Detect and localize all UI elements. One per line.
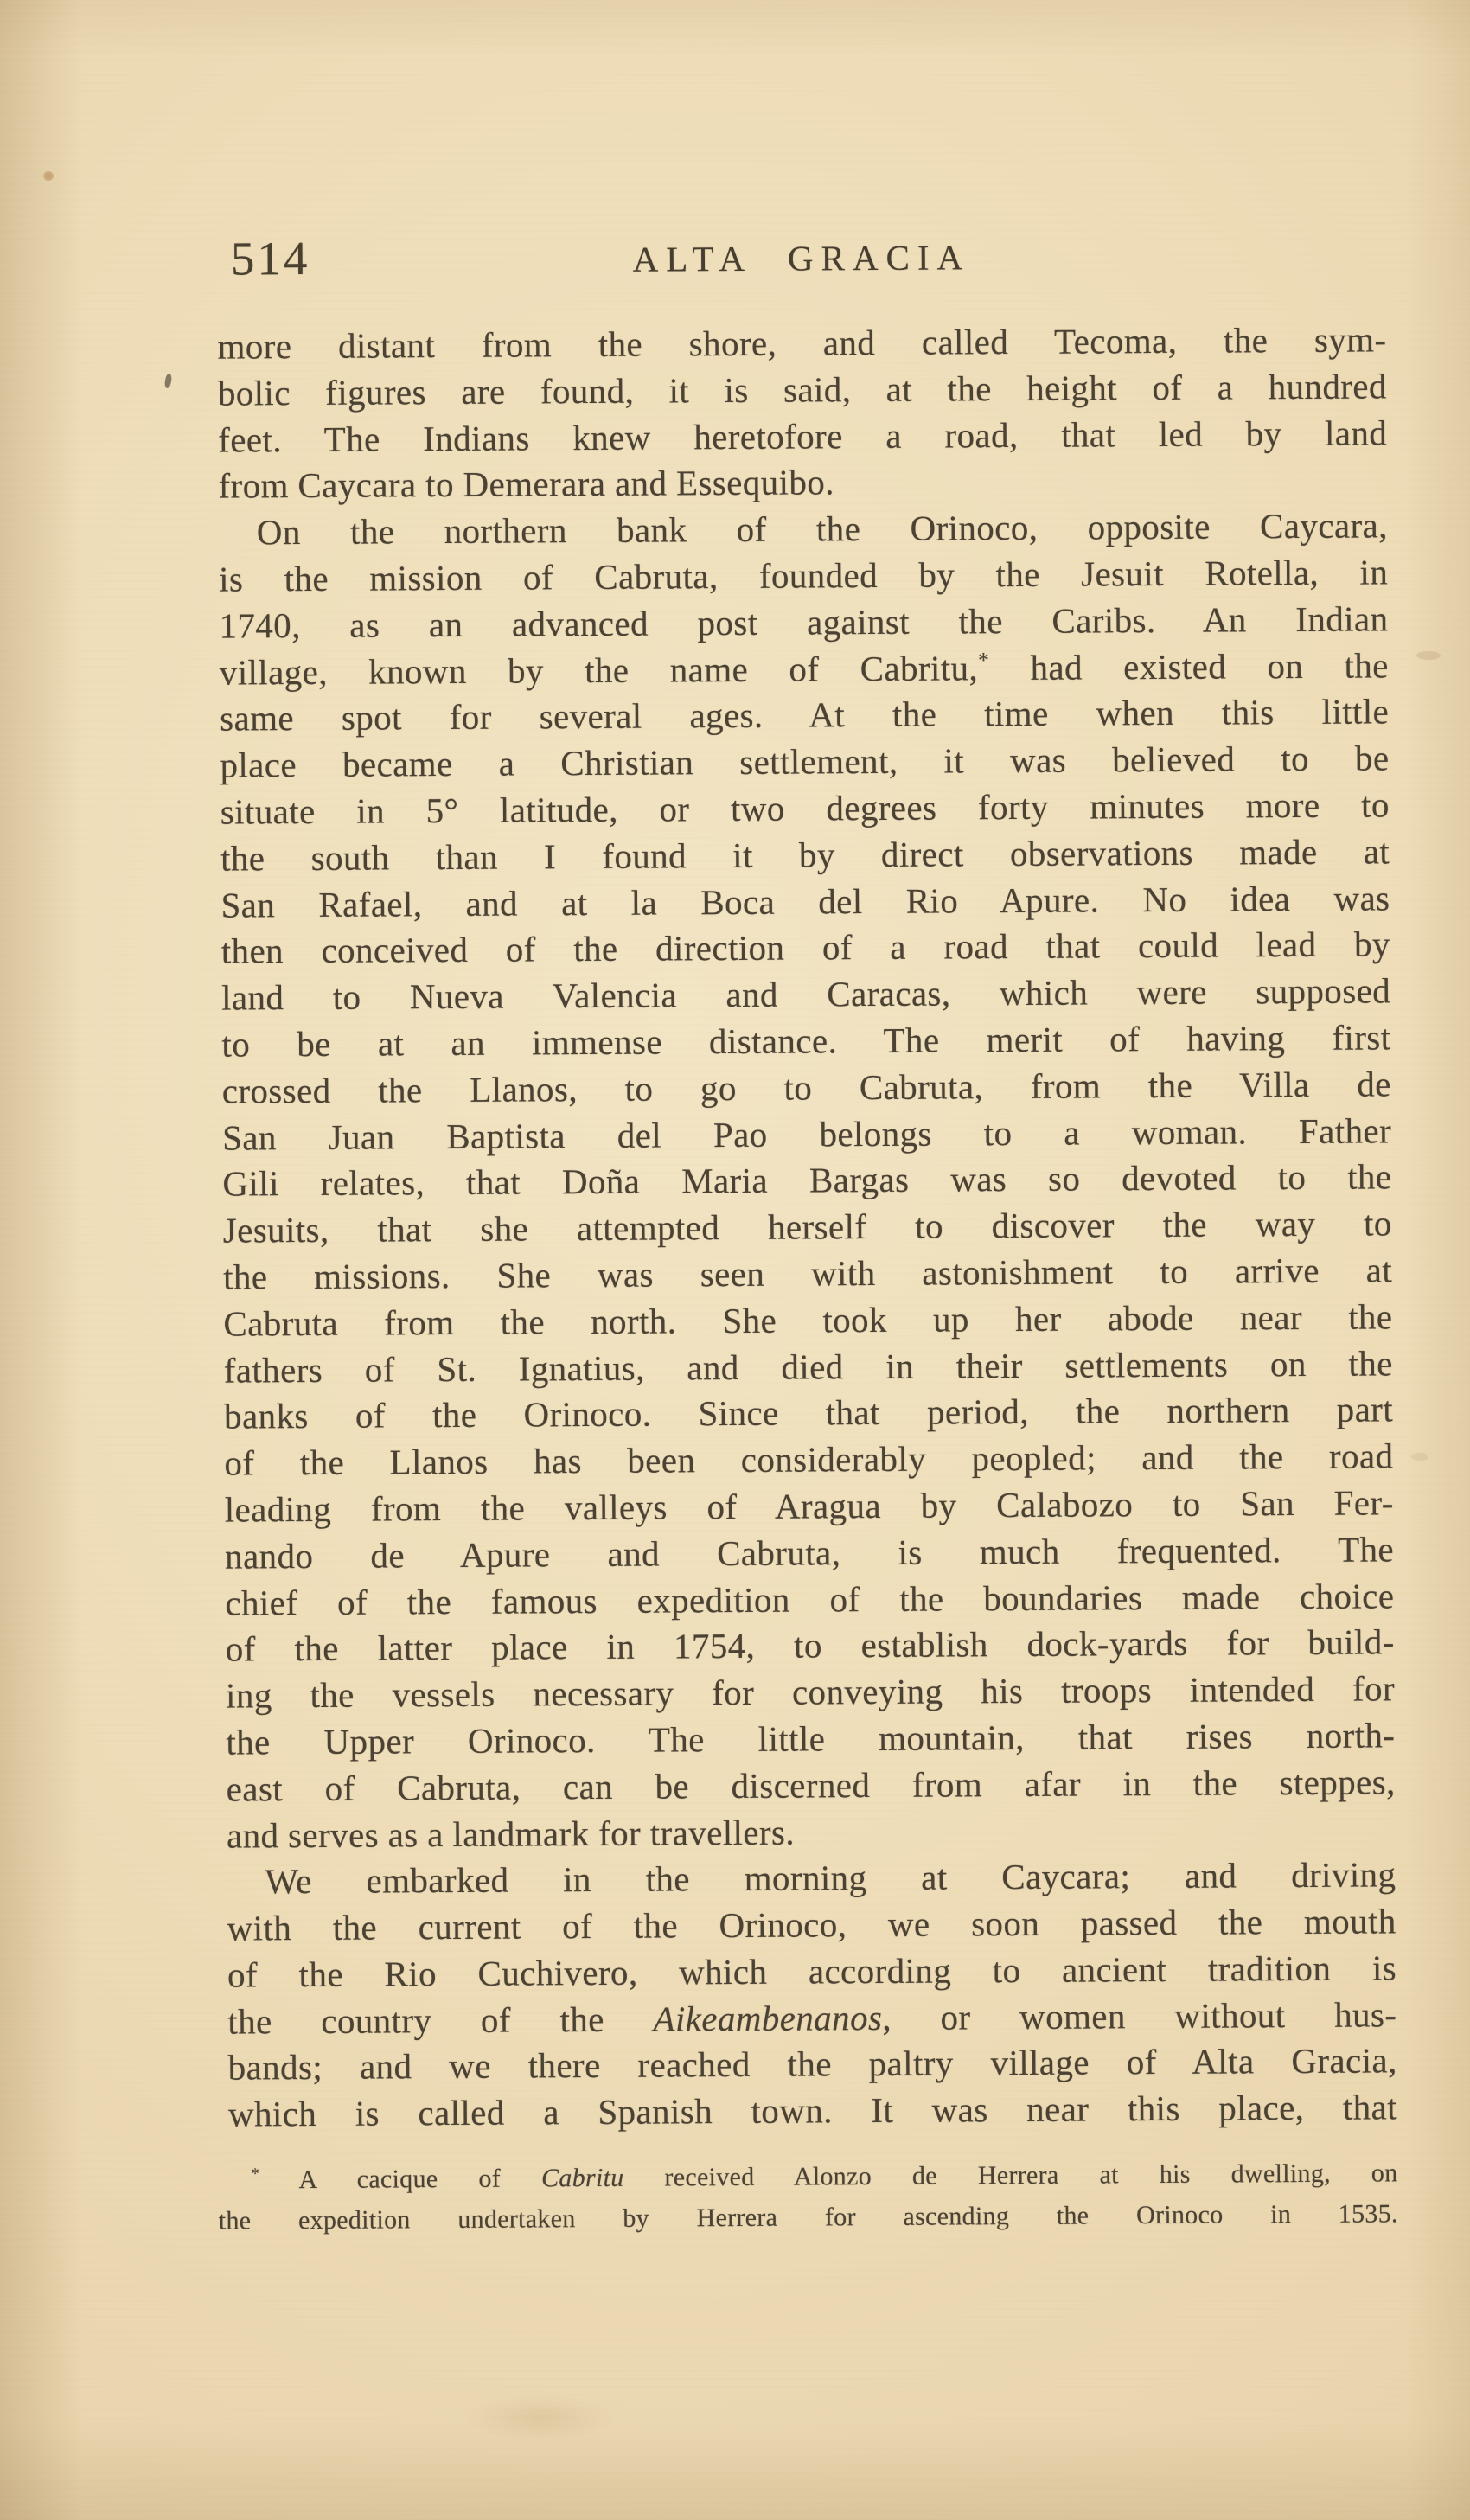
body-line: the country of the Aikeambenanos, or wom…: [227, 1992, 1396, 2045]
body-line: of the Rio Cuchivero, which according to…: [227, 1945, 1396, 1999]
body-line: of the Llanos has been considerably peop…: [224, 1433, 1393, 1487]
body-line: chief of the famous expedition of the bo…: [225, 1573, 1394, 1627]
body-line: and serves as a landmark for travellers.: [227, 1806, 1396, 1859]
running-header: 514 ALTA GRACIA: [217, 227, 1386, 286]
body-line: San Juan Baptista del Pao belongs to a w…: [222, 1108, 1391, 1161]
body-line: the south than I found it by direct obse…: [220, 828, 1390, 882]
body-line: east of Cabruta, can be discerned from a…: [227, 1759, 1396, 1813]
body-line: from Caycara to Demerara and Essequibo.: [218, 457, 1387, 510]
body-line: San Rafael, and at la Boca del Rio Apure…: [220, 875, 1390, 929]
scanned-page: 514 ALTA GRACIA more distant from the sh…: [0, 0, 1470, 2520]
footnote-line: the expedition undertaken by Herrera for…: [219, 2193, 1398, 2241]
body-line: of the latter place in 1754, to establis…: [226, 1620, 1395, 1673]
body-line: Cabruta from the north. She took up her …: [223, 1294, 1392, 1347]
body-line: feet. The Indians knew heretofore a road…: [218, 410, 1387, 464]
body-line: bands; and we there reached the paltry v…: [228, 2038, 1397, 2092]
body-line: crossed the Llanos, to go to Cabruta, fr…: [222, 1061, 1391, 1115]
body-line: with the current of the Orinoco, we soon…: [227, 1898, 1396, 1952]
body-line: We embarked in the morning at Caycara; a…: [227, 1852, 1396, 1906]
body-line: same spot for several ages. At the time …: [220, 689, 1389, 743]
body-line: Jesuits, that she attempted herself to d…: [223, 1200, 1392, 1254]
body-line: then conceived of the direction of a roa…: [221, 922, 1390, 975]
body-line: leading from the valleys of Aragua by Ca…: [225, 1480, 1394, 1533]
body-line: 1740, as an advanced post against the Ca…: [219, 596, 1388, 649]
body-line: to be at an immense distance. The merit …: [221, 1014, 1390, 1068]
body-line: ing the vessels necessary for conveying …: [226, 1666, 1395, 1719]
body-line: situate in 5° latitude, or two degrees f…: [220, 782, 1390, 835]
running-title: ALTA GRACIA: [217, 233, 1386, 282]
body-line: the Upper Orinoco. The little mountain, …: [226, 1712, 1395, 1766]
page-content: 514 ALTA GRACIA more distant from the sh…: [0, 0, 1470, 2520]
footnote-line: * A cacique of Cabritu received Alonzo d…: [218, 2152, 1397, 2200]
body-line: bolic figures are found, it is said, at …: [218, 363, 1387, 417]
body-line: is the mission of Cabruta, founded by th…: [219, 549, 1388, 603]
body-line: more distant from the shore, and called …: [217, 317, 1386, 370]
body-line: the missions. She was seen with astonish…: [223, 1247, 1392, 1301]
footnote: * A cacique of Cabritu received Alonzo d…: [218, 2152, 1398, 2241]
body-line: nando de Apure and Cabruta, is much freq…: [225, 1526, 1394, 1580]
body-line: Gili relates, that Doña Maria Bargas was…: [222, 1154, 1391, 1208]
body-line: land to Nueva Valencia and Caracas, whic…: [221, 969, 1390, 1022]
body-line: banks of the Orinoco. Since that period,…: [224, 1387, 1393, 1441]
body-text: more distant from the shore, and called …: [217, 317, 1397, 2138]
body-line: fathers of St. Ignatius, and died in the…: [224, 1340, 1393, 1394]
body-line: village, known by the name of Cabritu,* …: [220, 643, 1389, 696]
body-line: place became a Christian settlement, it …: [220, 736, 1389, 790]
body-line: On the northern bank of the Orinoco, opp…: [219, 503, 1388, 557]
body-line: which is called a Spanish town. It was n…: [228, 2085, 1397, 2139]
